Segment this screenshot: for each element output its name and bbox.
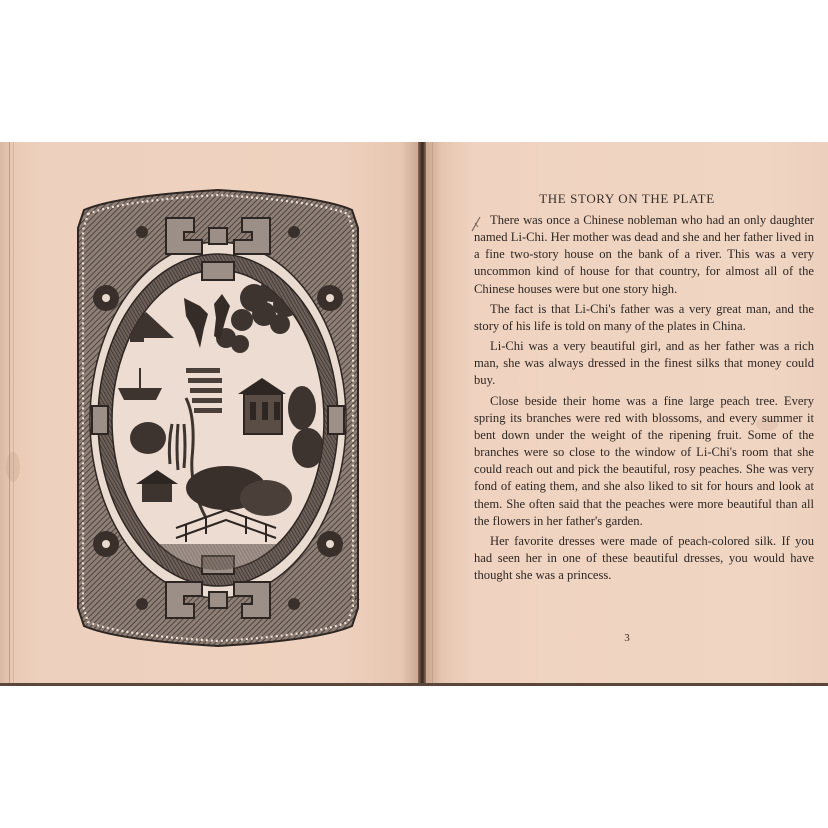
book-gutter: [418, 142, 426, 686]
page-edge-line: [13, 142, 14, 684]
left-page: F.R.: [0, 142, 418, 684]
paragraph: The fact is that Li-Chi's father was a v…: [474, 301, 814, 335]
page-edge-line: [432, 142, 433, 684]
page-edge-line: [9, 142, 10, 684]
chapter-title: THE STORY ON THE PLATE: [426, 191, 828, 207]
open-book-spread: F.R. THE STORY ON THE PLATE There was on…: [0, 142, 828, 686]
page-number: 3: [426, 632, 828, 644]
willow-pattern-plate-illustration: [76, 188, 360, 648]
right-page: THE STORY ON THE PLATE There was once a …: [426, 142, 828, 684]
book-bottom-edge: [0, 683, 828, 686]
paragraph: Li-Chi was a very beautiful girl, and as…: [474, 338, 814, 389]
story-text: There was once a Chinese nobleman who ha…: [474, 212, 814, 587]
paragraph: There was once a Chinese nobleman who ha…: [474, 212, 814, 298]
paragraph: Her favorite dresses were made of peach-…: [474, 533, 814, 584]
illustrator-signature: F.R.: [350, 596, 361, 602]
paragraph: Close beside their home was a fine large…: [474, 393, 814, 530]
paper-stain: [6, 452, 20, 482]
